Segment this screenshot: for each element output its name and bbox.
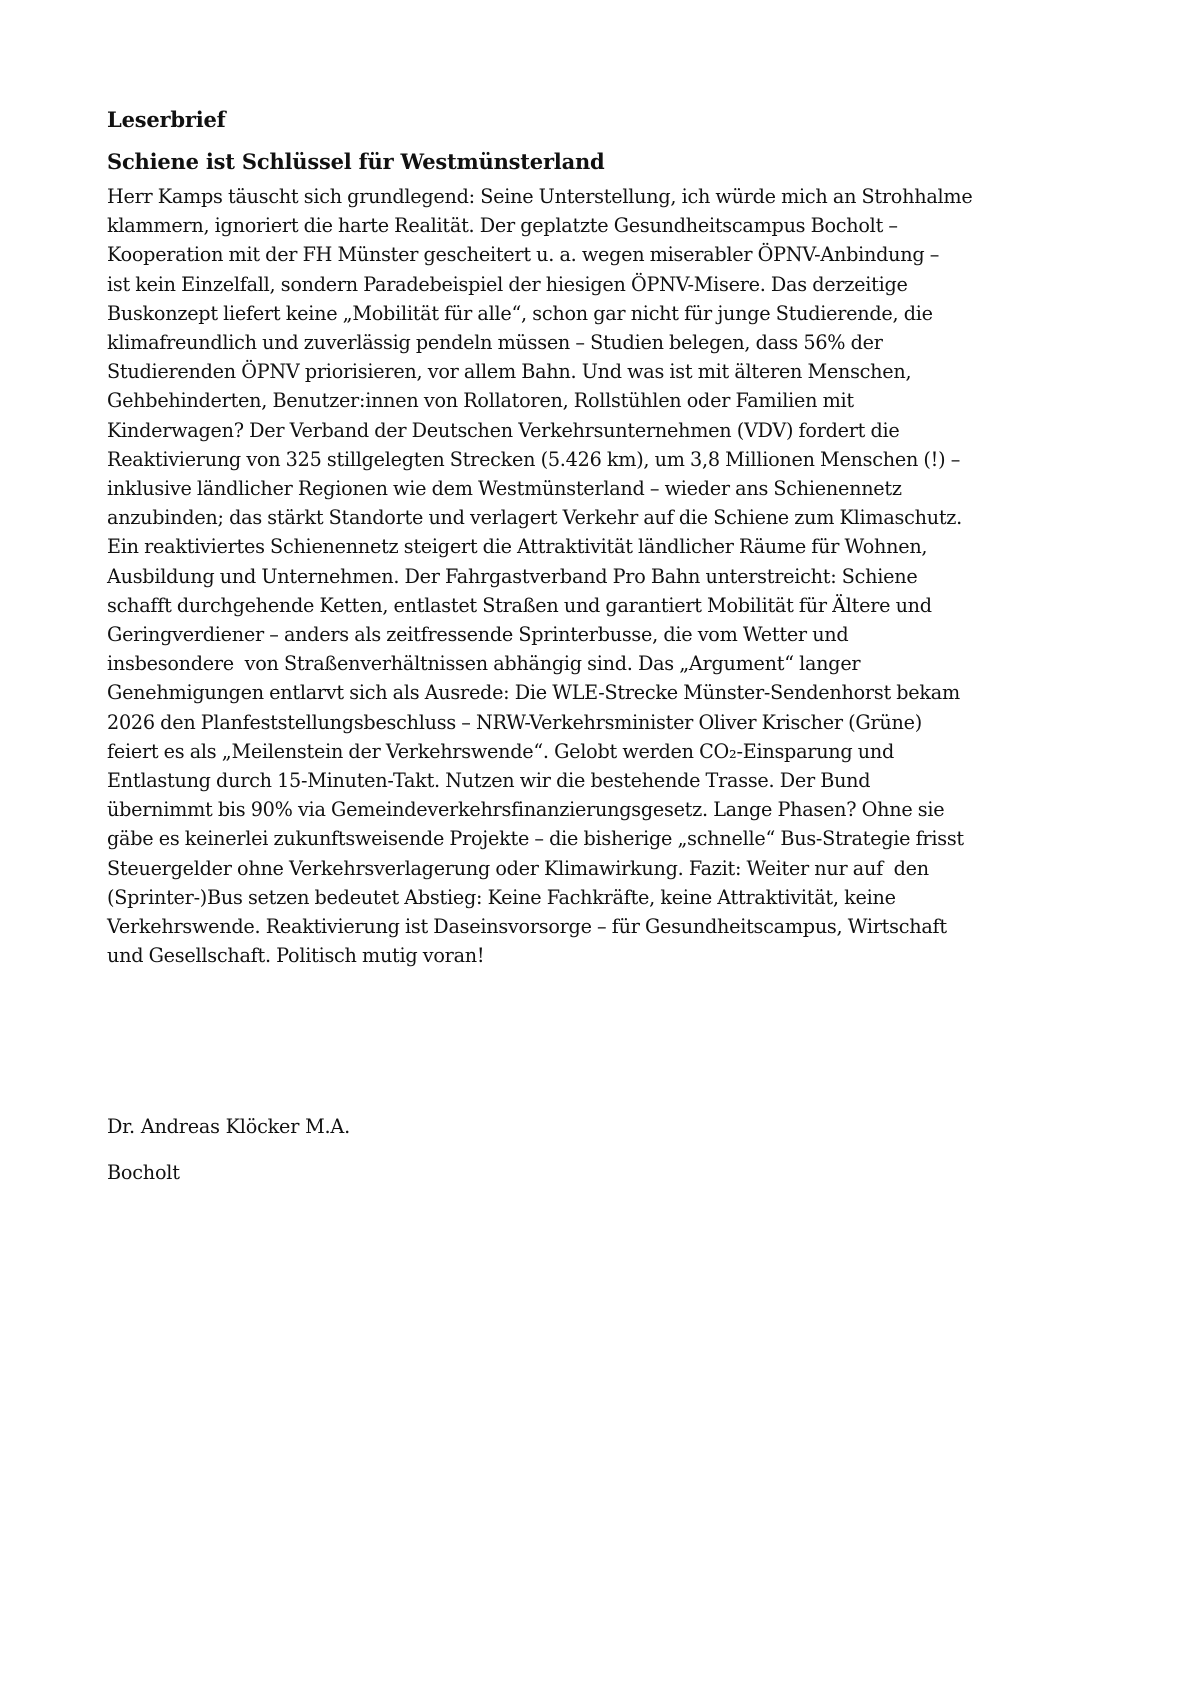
- body-line: Kinderwagen? Der Verband der Deutschen V…: [107, 416, 1087, 445]
- body-line: Steuergelder ohne Verkehrsverlagerung od…: [107, 854, 1087, 883]
- body-line: ist kein Einzelfall, sondern Paradebeisp…: [107, 270, 1087, 299]
- body-line: inklusive ländlicher Regionen wie dem We…: [107, 474, 1087, 503]
- body-line: Ausbildung und Unternehmen. Der Fahrgast…: [107, 562, 1087, 591]
- body-line: Kooperation mit der FH Münster gescheite…: [107, 240, 1087, 269]
- letter-headline: Schiene ist Schlüssel für Westmünsterlan…: [107, 148, 1087, 176]
- body-line: Geringverdiener – anders als zeitfressen…: [107, 620, 1087, 649]
- body-line: insbesondere von Straßenverhältnissen ab…: [107, 649, 1087, 678]
- body-line: schafft durchgehende Ketten, entlastet S…: [107, 591, 1087, 620]
- body-line: Reaktivierung von 325 stillgelegten Stre…: [107, 445, 1087, 474]
- letter-signature: Dr. Andreas Klöcker M.A. Bocholt: [107, 1112, 350, 1187]
- body-line: Genehmigungen entlarvt sich als Ausrede:…: [107, 678, 1087, 707]
- body-line: Herr Kamps täuscht sich grundlegend: Sei…: [107, 182, 1087, 211]
- body-line: Studierenden ÖPNV priorisieren, vor alle…: [107, 357, 1087, 386]
- author-city: Bocholt: [107, 1158, 350, 1187]
- body-line: Entlastung durch 15-Minuten-Takt. Nutzen…: [107, 766, 1087, 795]
- body-line: und Gesellschaft. Politisch mutig voran!: [107, 941, 1087, 970]
- body-line: klammern, ignoriert die harte Realität. …: [107, 211, 1087, 240]
- body-line: (Sprinter-)Bus setzen bedeutet Abstieg: …: [107, 883, 1087, 912]
- letter-page: Leserbrief Schiene ist Schlüssel für Wes…: [107, 106, 1087, 970]
- author-name: Dr. Andreas Klöcker M.A.: [107, 1112, 350, 1141]
- letter-kicker: Leserbrief: [107, 106, 1087, 134]
- body-line: Ein reaktiviertes Schienennetz steigert …: [107, 532, 1087, 561]
- body-line: Buskonzept liefert keine „Mobilität für …: [107, 299, 1087, 328]
- body-line: Verkehrswende. Reaktivierung ist Daseins…: [107, 912, 1087, 941]
- letter-body: Herr Kamps täuscht sich grundlegend: Sei…: [107, 182, 1087, 970]
- body-line: gäbe es keinerlei zukunftsweisende Proje…: [107, 824, 1087, 853]
- body-line: anzubinden; das stärkt Standorte und ver…: [107, 503, 1087, 532]
- body-line: feiert es als „Meilenstein der Verkehrsw…: [107, 737, 1087, 766]
- body-line: klimafreundlich und zuverlässig pendeln …: [107, 328, 1087, 357]
- body-line: Gehbehinderten, Benutzer:innen von Rolla…: [107, 386, 1087, 415]
- body-line: übernimmt bis 90% via Gemeindeverkehrsfi…: [107, 795, 1087, 824]
- body-line: 2026 den Planfeststellungsbeschluss – NR…: [107, 708, 1087, 737]
